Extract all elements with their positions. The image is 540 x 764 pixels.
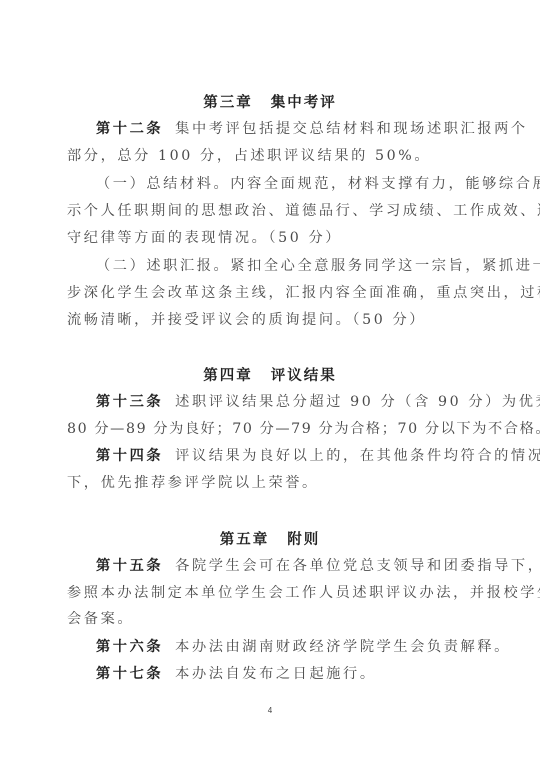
article-12-line-1: 第十二条集中考评包括提交总结材料和现场述职汇报两个 bbox=[96, 116, 476, 143]
paragraph-summary-line-1: （一）总结材料。内容全面规范，材料支撑有力，能够综合展 bbox=[96, 171, 476, 198]
paragraph-report-line-1: （二）述职汇报。紧扣全心全意服务同学这一宗旨，紧抓进一 bbox=[96, 253, 476, 280]
article-label: 第十七条 bbox=[96, 666, 163, 682]
paragraph-summary-line-2: 示个人任职期间的思想政治、道德品行、学习成绩、工作成效、遵 bbox=[67, 198, 475, 225]
article-text: 各院学生会可在各单位党总支领导和团委指导下， bbox=[175, 558, 540, 574]
article-15-line-3: 会备案。 bbox=[67, 606, 475, 633]
article-text: 本办法由湖南财政经济学院学生会负责解释。 bbox=[175, 639, 511, 655]
chapter-title: 附则 bbox=[287, 531, 320, 548]
chapter-number: 第三章 bbox=[203, 94, 253, 111]
article-label: 第十五条 bbox=[96, 558, 163, 574]
article-label: 第十四条 bbox=[96, 448, 163, 464]
article-15-line-2: 参照本办法制定本单位学生会工作人员述职评议办法，并报校学生 bbox=[67, 580, 475, 607]
chapter-heading-3: 第三章集中考评 bbox=[0, 89, 540, 116]
page-number: 4 bbox=[0, 706, 540, 715]
article-label: 第十二条 bbox=[96, 121, 163, 137]
article-text: 本办法自发布之日起施行。 bbox=[175, 666, 376, 682]
article-17-line-1: 第十七条本办法自发布之日起施行。 bbox=[96, 661, 476, 688]
article-13-line-2: 80 分—89 分为良好；70 分—79 分为合格；70 分以下为不合格。 bbox=[67, 416, 475, 443]
article-13-line-1: 第十三条述职评议结果总分超过 90 分（含 90 分）为优秀； bbox=[96, 389, 476, 416]
document-page: 第三章集中考评 第十二条集中考评包括提交总结材料和现场述职汇报两个 部分，总分 … bbox=[0, 0, 540, 764]
article-text: 述职评议结果总分超过 90 分（含 90 分）为优秀； bbox=[175, 394, 540, 410]
article-14-line-1: 第十四条评议结果为良好以上的，在其他条件均符合的情况 bbox=[96, 443, 476, 470]
paragraph-summary-line-3: 守纪律等方面的表现情况。（50 分） bbox=[67, 225, 475, 252]
paragraph-report-line-3: 流畅清晰，并接受评议会的质询提问。（50 分） bbox=[67, 307, 475, 334]
chapter-number: 第四章 bbox=[203, 367, 253, 384]
article-text: 集中考评包括提交总结材料和现场述职汇报两个 bbox=[175, 121, 528, 137]
article-12-line-2: 部分，总分 100 分，占述职评议结果的 50%。 bbox=[67, 143, 475, 170]
article-14-line-2: 下，优先推荐参评学院以上荣誉。 bbox=[67, 470, 475, 497]
article-16-line-1: 第十六条本办法由湖南财政经济学院学生会负责解释。 bbox=[96, 634, 476, 661]
chapter-title: 评议结果 bbox=[271, 367, 337, 384]
article-label: 第十三条 bbox=[96, 394, 163, 410]
article-label: 第十六条 bbox=[96, 639, 163, 655]
chapter-heading-5: 第五章附则 bbox=[0, 526, 540, 553]
article-text: 评议结果为良好以上的，在其他条件均符合的情况 bbox=[175, 448, 540, 464]
chapter-title: 集中考评 bbox=[271, 94, 337, 111]
chapter-heading-4: 第四章评议结果 bbox=[0, 362, 540, 389]
chapter-number: 第五章 bbox=[220, 531, 270, 548]
paragraph-report-line-2: 步深化学生会改革这条主线，汇报内容全面准确，重点突出，过程 bbox=[67, 280, 475, 307]
article-15-line-1: 第十五条各院学生会可在各单位党总支领导和团委指导下， bbox=[96, 553, 476, 580]
